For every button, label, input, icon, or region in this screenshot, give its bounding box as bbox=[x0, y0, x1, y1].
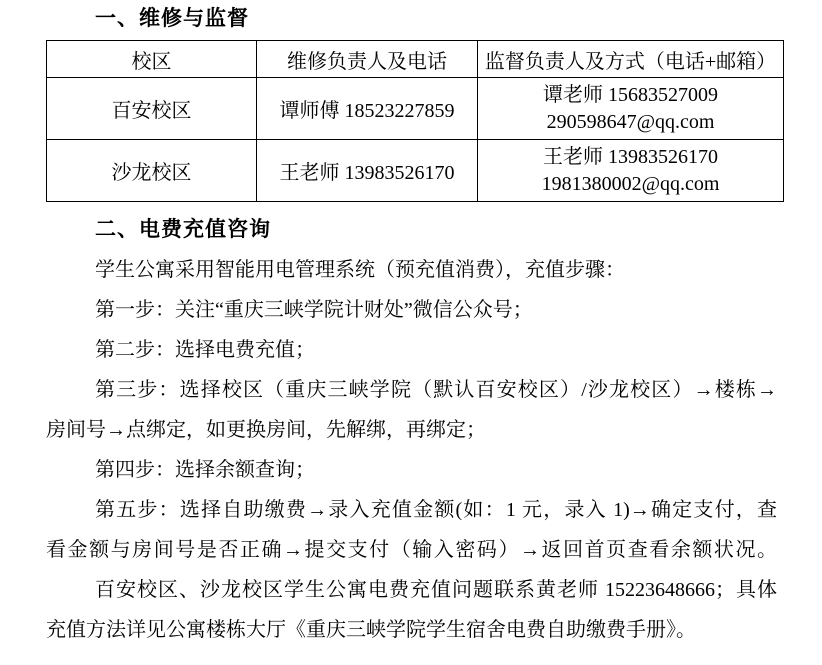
supervisor-contact-cell: 谭老师 15683527009 290598647@qq.com bbox=[478, 78, 784, 140]
supervisor-email: 290598647@qq.com bbox=[480, 109, 781, 136]
body-line-contact-part2: 充值方法详见公寓楼栋大厅《重庆三峡学院学生宿舍电费自助缴费手册》。 bbox=[46, 610, 777, 650]
table-header-row: 校区 维修负责人及电话 监督负责人及方式（电话+邮箱） bbox=[47, 41, 784, 78]
document-page: 一、维修与监督 校区 维修负责人及电话 监督负责人及方式（电话+邮箱） 百安校区… bbox=[0, 0, 822, 665]
supervisor-contact-cell: 王老师 13983526170 1981380002@qq.com bbox=[478, 140, 784, 202]
table-row-baian: 百安校区 谭师傅 18523227859 谭老师 15683527009 290… bbox=[47, 78, 784, 140]
body-line-step2: 第二步：选择电费充值； bbox=[46, 330, 777, 370]
table-row-shalong: 沙龙校区 王老师 13983526170 王老师 13983526170 198… bbox=[47, 140, 784, 202]
body-line-step3-part1: 第三步：选择校区（重庆三峡学院（默认百安校区）/沙龙校区）→楼栋→ bbox=[46, 370, 777, 410]
supervisor-phone: 谭老师 15683527009 bbox=[480, 82, 781, 109]
body-line-intro: 学生公寓采用智能用电管理系统（预充值消费），充值步骤： bbox=[46, 250, 777, 290]
repair-contact-cell: 谭师傅 18523227859 bbox=[257, 78, 478, 140]
maintenance-contact-table: 校区 维修负责人及电话 监督负责人及方式（电话+邮箱） 百安校区 谭师傅 185… bbox=[46, 40, 784, 202]
body-line-step5-part1: 第五步：选择自助缴费→录入充值金额(如：1 元，录入 1)→确定支付，查 bbox=[46, 490, 777, 530]
body-line-step4: 第四步：选择余额查询； bbox=[46, 450, 777, 490]
body-line-contact-part1: 百安校区、沙龙校区学生公寓电费充值问题联系黄老师 15223648666；具体 bbox=[46, 570, 777, 610]
section-heading-recharge: 二、电费充值咨询 bbox=[46, 216, 777, 242]
table-header-supervisor-contact: 监督负责人及方式（电话+邮箱） bbox=[478, 41, 784, 78]
table-header-campus: 校区 bbox=[47, 41, 257, 78]
campus-name-cell: 百安校区 bbox=[47, 78, 257, 140]
recharge-instructions: 学生公寓采用智能用电管理系统（预充值消费），充值步骤： 第一步：关注“重庆三峡学… bbox=[46, 250, 777, 650]
body-line-step1: 第一步：关注“重庆三峡学院计财处”微信公众号； bbox=[46, 290, 777, 330]
supervisor-phone: 王老师 13983526170 bbox=[480, 144, 781, 171]
section-heading-maintenance: 一、维修与监督 bbox=[46, 5, 777, 31]
campus-name-cell: 沙龙校区 bbox=[47, 140, 257, 202]
supervisor-email: 1981380002@qq.com bbox=[480, 171, 781, 198]
repair-contact-cell: 王老师 13983526170 bbox=[257, 140, 478, 202]
body-line-step3-part2: 房间号→点绑定，如更换房间，先解绑，再绑定； bbox=[46, 410, 777, 450]
body-line-step5-part2: 看金额与房间号是否正确→提交支付（输入密码）→返回首页查看余额状况。 bbox=[46, 530, 777, 570]
table-header-repair-contact: 维修负责人及电话 bbox=[257, 41, 478, 78]
